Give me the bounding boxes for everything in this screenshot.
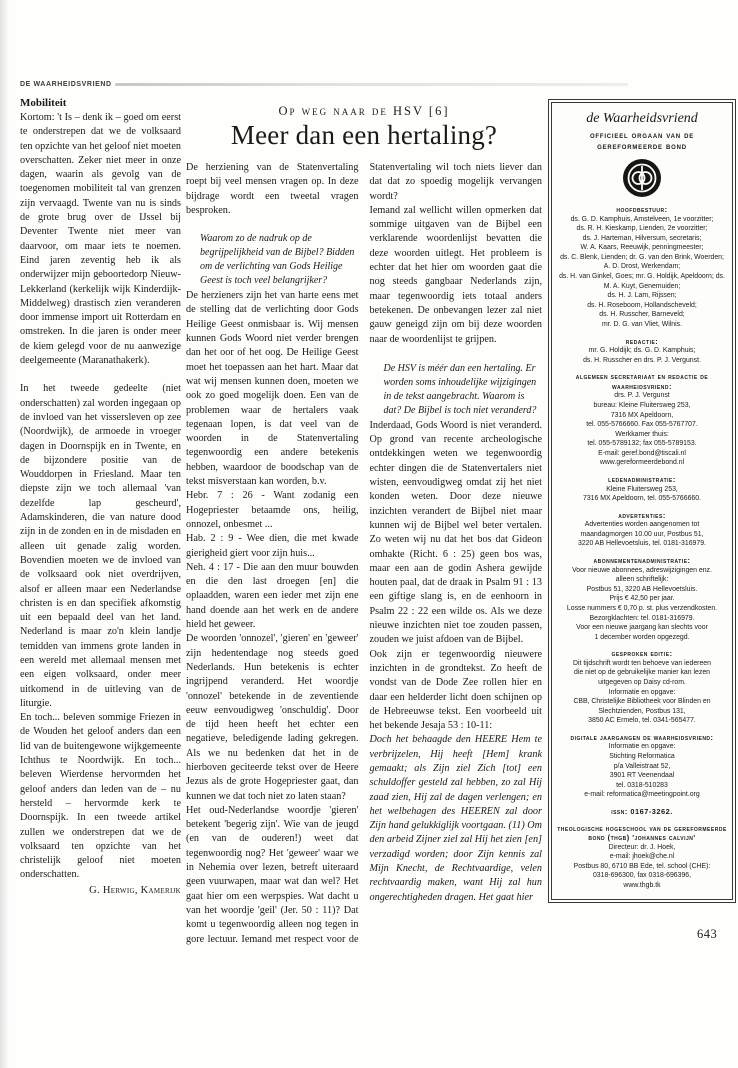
masthead-divider: [115, 83, 628, 86]
article-title: Meer dan een hertaling?: [186, 120, 542, 150]
article-paragraph: En toch... beleven sommige Friezen in de…: [20, 711, 181, 883]
section-text: mr. G. Holdijk; ds. G. D. Kamphuis; ds. …: [557, 346, 727, 365]
article-paragraph: Ook zijn er tegenwoordig nieuwere inzich…: [370, 648, 543, 734]
left-article: Mobiliteit Kortom: 't Is – denk ik – goe…: [20, 96, 181, 898]
section-title: Ledenadministratie:: [557, 475, 727, 485]
section-title: Redactie:: [557, 337, 727, 347]
section-text: Voor nieuwe abonnees, adreswijzigingen e…: [557, 566, 727, 643]
bible-reference: Hab. 2 : 9 - Wee dien, die met kwade gie…: [186, 532, 359, 561]
article-paragraph: Iemand zal wellicht willen opmerken dat …: [370, 204, 543, 347]
left-article-heading: Mobiliteit: [20, 96, 181, 110]
colophon-subtitle: officieel orgaan van de gereformeerde bo…: [557, 130, 727, 152]
colophon-title: de Waarheidsvriend: [557, 111, 727, 127]
colophon-section: Advertenties: Advertenties worden aangen…: [557, 511, 727, 549]
masthead: DE WAARHEIDSVRIEND: [20, 81, 628, 88]
section-text: drs. P. J. Vergunst bureau: Kleine Fluit…: [557, 391, 727, 468]
colophon-section: Algemeen secretariaat en redactie de Waa…: [557, 372, 727, 468]
section-title: Hoofdbestuur:: [557, 205, 727, 215]
issn-number: ISSN: 0167-3262.: [557, 807, 727, 817]
section-text: Informatie en opgave: Stichting Reformat…: [557, 742, 727, 800]
page-number: 643: [697, 927, 717, 942]
article-intro: De herziening van de Statenvertaling roe…: [186, 161, 359, 218]
bible-reference: Hebr. 7 : 26 - Want zodanig een Hogeprie…: [186, 489, 359, 532]
section-text: Advertenties worden aangenomen tot maand…: [557, 520, 727, 549]
section-title: Algemeen secretariaat en redactie de Waa…: [557, 372, 727, 391]
section-title: Theologische Hogeschool van de Gereforme…: [557, 824, 727, 843]
colophon-inner: de Waarheidsvriend officieel orgaan van …: [551, 102, 733, 900]
article-body: De herziening van de Statenvertaling roe…: [186, 161, 542, 957]
article-paragraph: De woorden 'onnozel', 'gieren' en 'gewee…: [186, 632, 359, 804]
colophon-section: Digitale jaargangen de Waarheidsvriend: …: [557, 733, 727, 800]
section-title: Abonnementenadministratie:: [557, 556, 727, 566]
colophon-section: Theologische Hogeschool van de Gereforme…: [557, 824, 727, 891]
colophon-section: Ledenadministratie: Kleine Fluitersweg 2…: [557, 475, 727, 504]
colophon-section: Gesproken editie: Dit tijdschrift wordt …: [557, 649, 727, 726]
colophon-section: Redactie: mr. G. Holdijk; ds. G. D. Kamp…: [557, 337, 727, 366]
colophon-section: Abonnementenadministratie: Voor nieuwe a…: [557, 556, 727, 642]
section-text: Directeur: dr. J. Hoek, e-mail: jhoek@ch…: [557, 843, 727, 891]
author-signature: G. Herwig, Kamerijk: [20, 884, 181, 898]
bible-reference: Neh. 4 : 17 - Die aan den muur bouwden e…: [186, 561, 359, 632]
section-text: ds. G. D. Kamphuis, Amstelveen, 1e voorz…: [557, 215, 727, 330]
article-paragraph: De herzieners zijn het van harte eens me…: [186, 289, 359, 489]
reader-question: Waarom zo de nadruk op de begrijpelijkhe…: [200, 232, 359, 288]
colophon-box: de Waarheidsvriend officieel orgaan van …: [548, 99, 736, 903]
masthead-title: DE WAARHEIDSVRIEND: [20, 81, 112, 88]
main-article: Op weg naar de HSV [6] Meer dan een hert…: [186, 104, 542, 957]
section-title: Advertenties:: [557, 511, 727, 521]
section-title: Gesproken editie:: [557, 649, 727, 659]
bible-quote: Doch het behaagde den HEERE Hem te verbr…: [370, 733, 543, 905]
reader-question: De HSV is méér dan een hertaling. Er wor…: [384, 362, 543, 418]
article-paragraph: Inderdaad, Gods Woord is niet veranderd.…: [370, 419, 543, 648]
article-paragraph: Kortom: 't Is – denk ik – goed om eerst …: [20, 111, 181, 368]
colophon-section: Hoofdbestuur: ds. G. D. Kamphuis, Amstel…: [557, 205, 727, 330]
gereformeerde-bond-logo-icon: [622, 158, 662, 198]
article-kicker: Op weg naar de HSV [6]: [186, 104, 542, 118]
scanned-magazine-page: DE WAARHEIDSVRIEND Mobiliteit Kortom: 't…: [0, 0, 738, 1068]
colophon-section: ISSN: 0167-3262.: [557, 807, 727, 817]
section-text: Dit tijdschrift wordt ten behoeve van ie…: [557, 659, 727, 726]
section-title: Digitale jaargangen de Waarheidsvriend:: [557, 733, 727, 743]
section-text: Kleine Fluitersweg 253, 7316 MX Apeldoor…: [557, 485, 727, 504]
article-paragraph: In het tweede gedeelte (niet onderschatt…: [20, 382, 181, 711]
